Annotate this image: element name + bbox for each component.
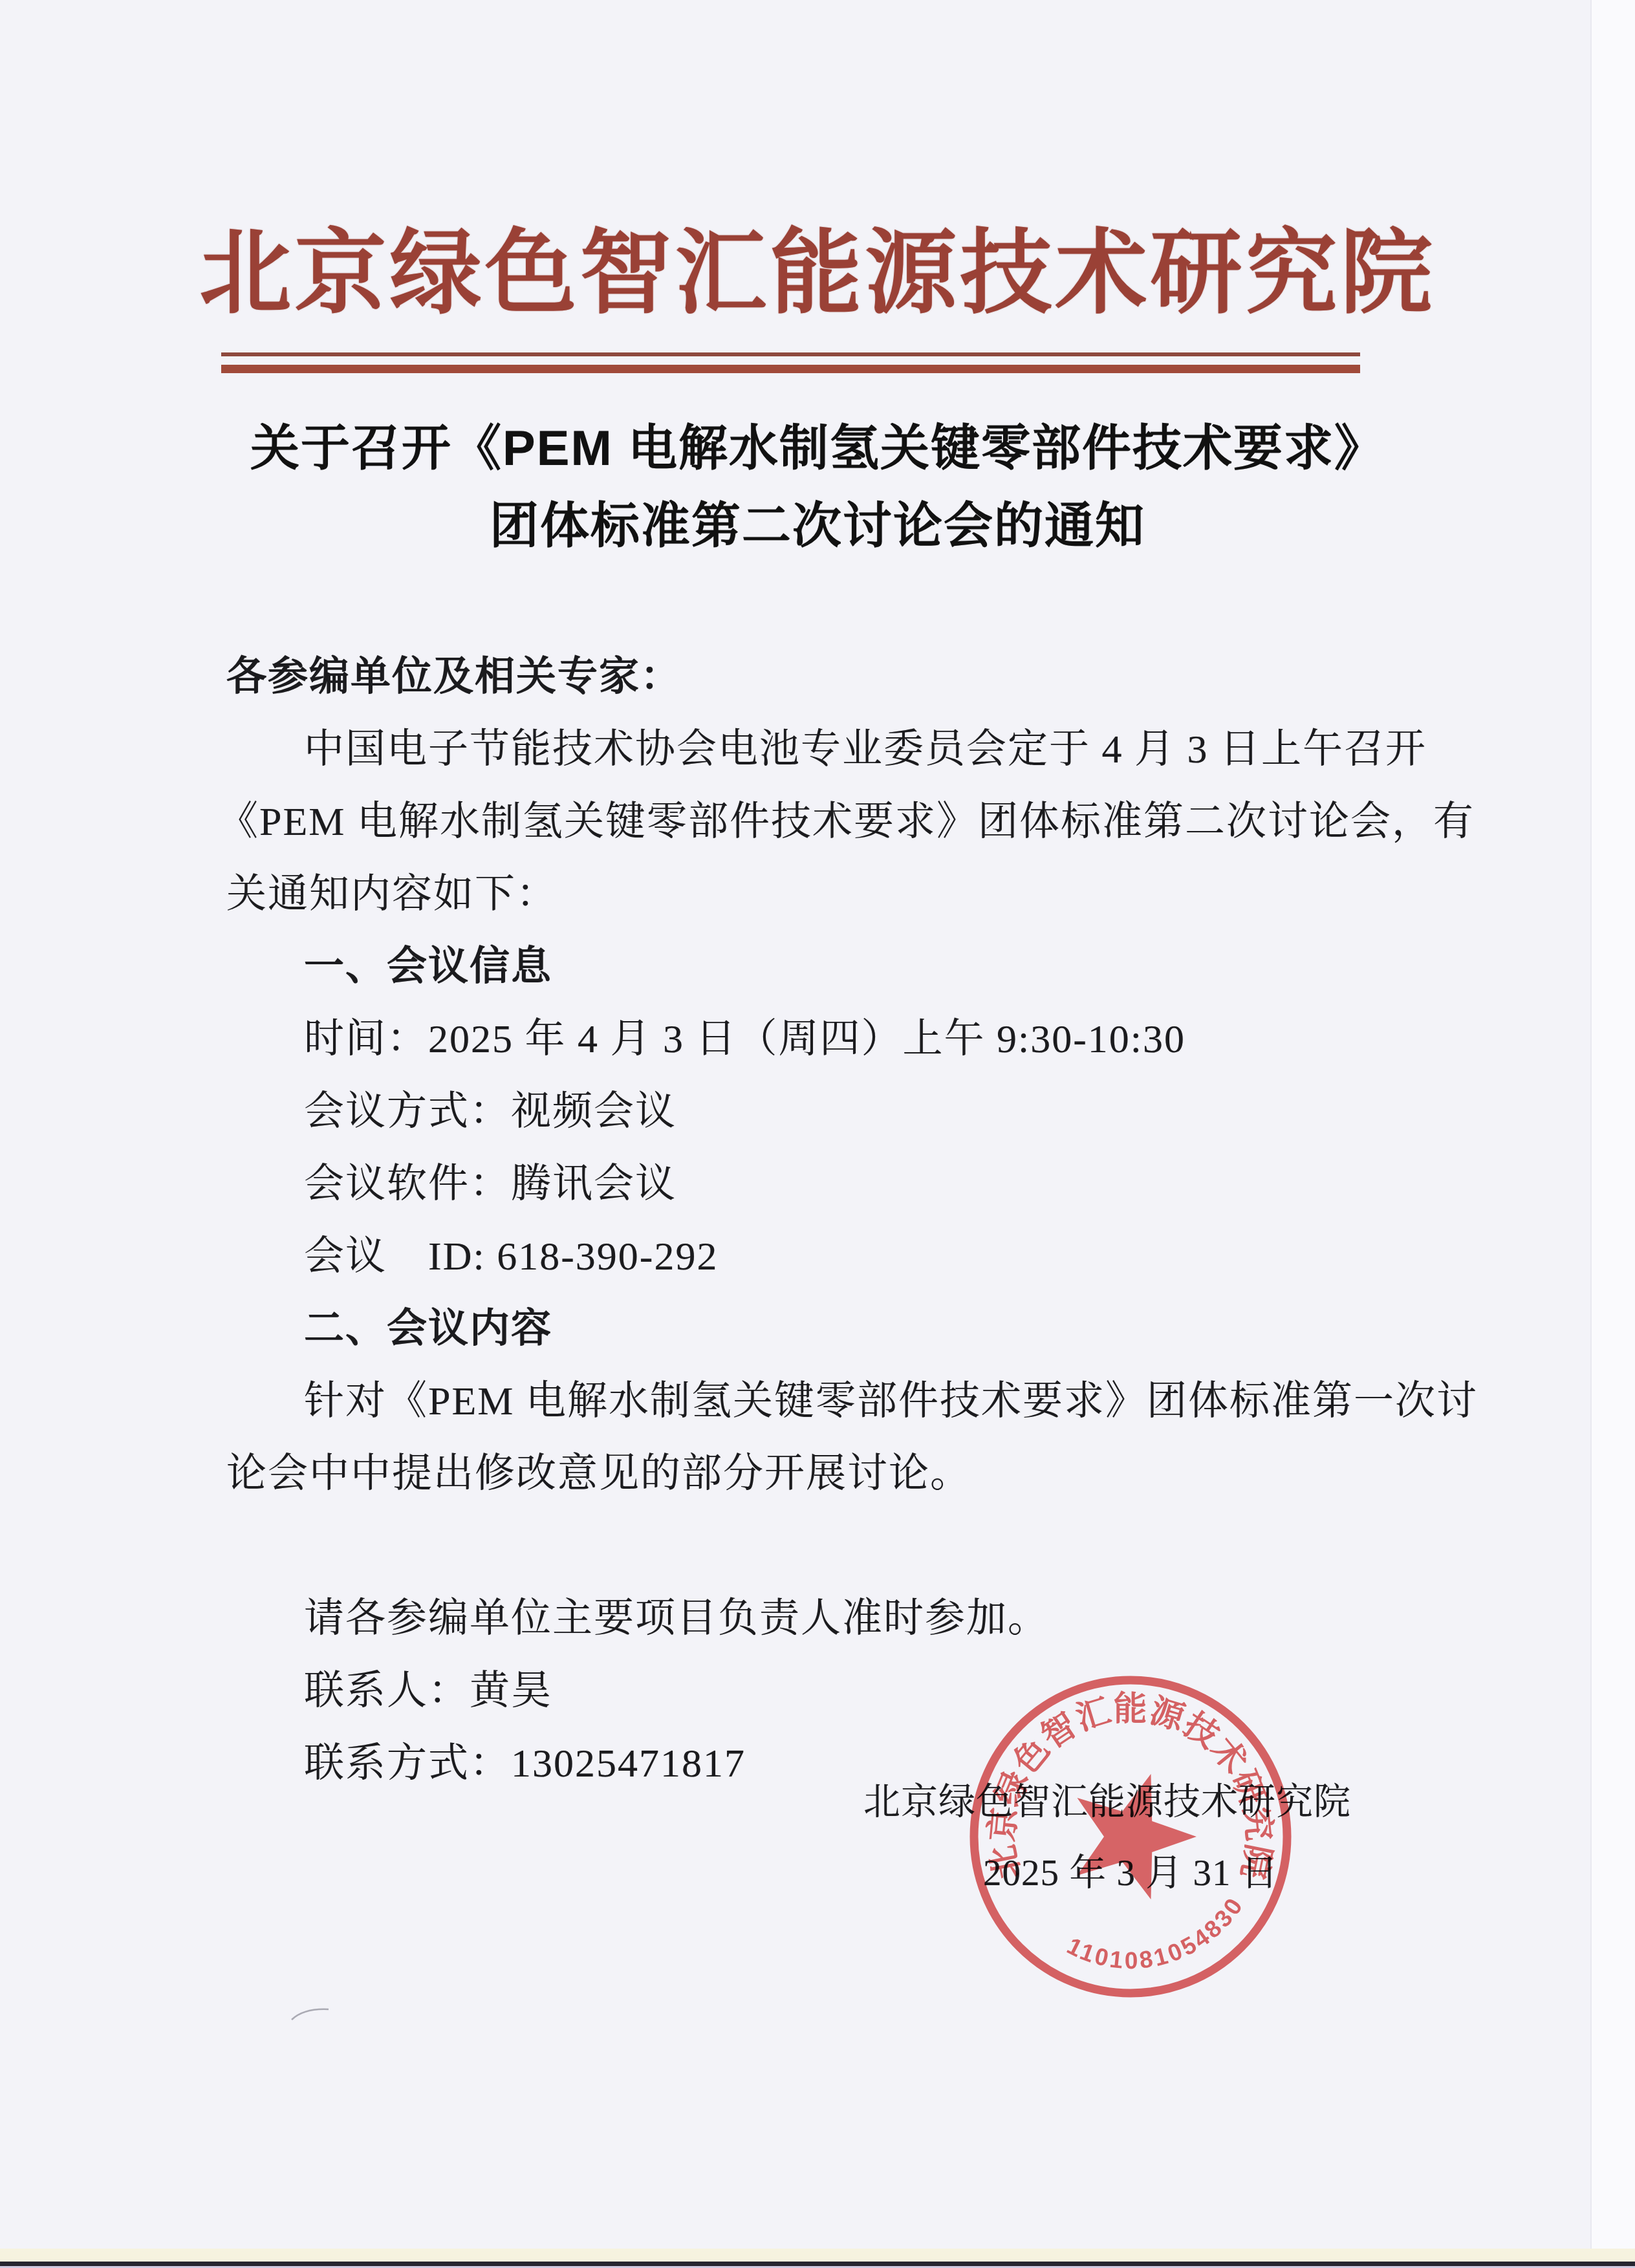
document-title-line2: 团体标准第二次讨论会的通知 [0,502,1635,551]
paragraph1-line2: 《PEM 电解水制氢关键零部件技术要求》团体标准第二次讨论会，有 [218,802,1475,842]
scan-edge-right [1590,0,1635,2250]
closing-line: 请各参编单位主要项目负责人准时参加。 [304,1599,1049,1639]
contact-person: 联系人：黄昊 [304,1671,552,1711]
meeting-software: 会议软件：腾讯会议 [304,1164,677,1204]
document-page: 北京绿色智汇能源技术研究院 关于召开《PEM 电解水制氢关键零部件技术要求》 团… [0,0,1635,2268]
meeting-time: 时间：2025 年 4 月 3 日（周四）上午 9:30-10:30 [304,1019,1186,1059]
official-seal-stamp: 北京绿色智汇能源技术研究院 1101081054830 [962,1669,1299,2005]
paragraph1-line3: 关通知内容如下： [226,874,558,914]
salutation: 各参编单位及相关专家： [226,657,682,697]
meeting-mode: 会议方式：视频会议 [304,1092,677,1132]
meeting-id: 会议 ID: 618-390-292 [304,1237,718,1277]
paragraph2-line1: 针对《PEM 电解水制氢关键零部件技术要求》团体标准第一次讨 [304,1381,1478,1421]
letterhead-rule-thick [221,365,1360,373]
contact-phone: 联系方式：13025471817 [304,1744,746,1784]
scan-edge-bottom-dark [0,2262,1635,2266]
document-title-line1: 关于召开《PEM 电解水制氢关键零部件技术要求》 [0,424,1635,473]
section2-heading: 二、会议内容 [304,1309,552,1349]
paragraph2-line2: 论会中中提出修改意见的部分开展讨论。 [226,1454,971,1494]
paragraph1-line1: 中国电子节能技术协会电池专业委员会定于 4 月 3 日上午召开 [304,729,1427,770]
letterhead-rule-thin [221,352,1360,356]
scan-edge-bottom-cream [0,2249,1635,2262]
letterhead-org-name: 北京绿色智汇能源技术研究院 [0,228,1635,319]
section1-heading: 一、会议信息 [304,947,552,987]
pencil-mark-artifact [285,2002,336,2027]
star-icon [1077,1774,1197,1899]
